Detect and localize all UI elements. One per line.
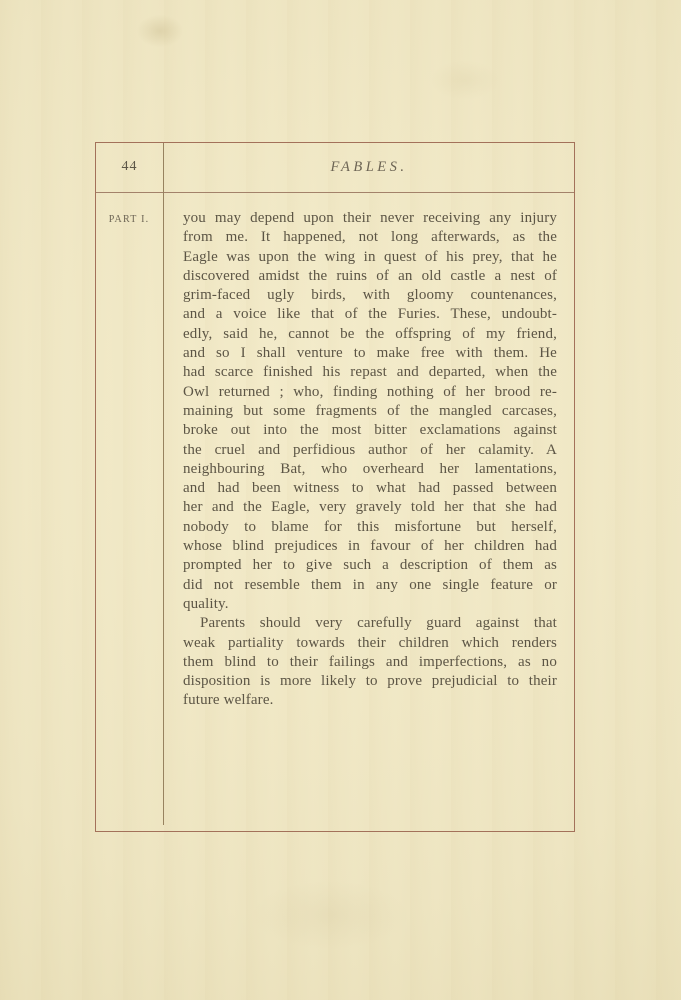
text-line: had scarce finished his repast and depar… bbox=[183, 363, 557, 382]
text-line: future welfare. bbox=[183, 691, 557, 710]
text-line: edly, said he, cannot be the offspring o… bbox=[183, 325, 557, 344]
text-line: them blind to their failings and imperfe… bbox=[183, 653, 557, 672]
text-line: did not resemble them in any one single … bbox=[183, 576, 557, 595]
text-line: and so I shall venture to make free with… bbox=[183, 344, 557, 363]
part-label: PART I. bbox=[96, 214, 162, 226]
text-line: Eagle was upon the wing in quest of his … bbox=[183, 248, 557, 267]
text-line: her and the Eagle, very gravely told her… bbox=[183, 498, 557, 517]
scanned-book-page: 44 FABLES. PART I. you may depend upon t… bbox=[0, 0, 681, 1000]
page-number: 44 bbox=[96, 157, 163, 177]
text-line: neighbouring Bat, who overheard her lame… bbox=[183, 460, 557, 479]
paper-stain bbox=[250, 880, 410, 950]
text-line: maining but some fragments of the mangle… bbox=[183, 402, 557, 421]
text-line: Owl returned ; who, finding nothing of h… bbox=[183, 383, 557, 402]
text-line: you may depend upon their never receivin… bbox=[183, 209, 557, 228]
body-text: you may depend upon their never receivin… bbox=[183, 209, 557, 711]
text-line: grim-faced ugly birds, with gloomy count… bbox=[183, 286, 557, 305]
text-line: whose blind prejudices in favour of her … bbox=[183, 537, 557, 556]
paper-stain bbox=[136, 14, 184, 48]
text-line: nobody to blame for this misfortune but … bbox=[183, 518, 557, 537]
text-line: Parents should very carefully guard agai… bbox=[183, 614, 557, 633]
page-frame: 44 FABLES. PART I. you may depend upon t… bbox=[95, 142, 575, 832]
text-line: and a voice like that of the Furies. The… bbox=[183, 305, 557, 324]
header-rule bbox=[96, 192, 574, 193]
text-line: from me. It happened, not long afterward… bbox=[183, 228, 557, 247]
text-line: and had been witness to what had passed … bbox=[183, 479, 557, 498]
text-line: prompted her to give such a description … bbox=[183, 556, 557, 575]
text-line: broke out into the most bitter exclamati… bbox=[183, 421, 557, 440]
margin-rule bbox=[163, 143, 164, 825]
text-line: the cruel and perfidious author of her c… bbox=[183, 441, 557, 460]
text-line: weak partiality towards their children w… bbox=[183, 634, 557, 653]
paper-stain bbox=[430, 60, 500, 100]
text-line: disposition is more likely to prove prej… bbox=[183, 672, 557, 691]
running-header: FABLES. bbox=[164, 157, 574, 177]
paragraph: you may depend upon their never receivin… bbox=[183, 209, 557, 614]
paragraph: Parents should very carefully guard agai… bbox=[183, 614, 557, 710]
text-line: discovered amidst the ruins of an old ca… bbox=[183, 267, 557, 286]
text-line: quality. bbox=[183, 595, 557, 614]
